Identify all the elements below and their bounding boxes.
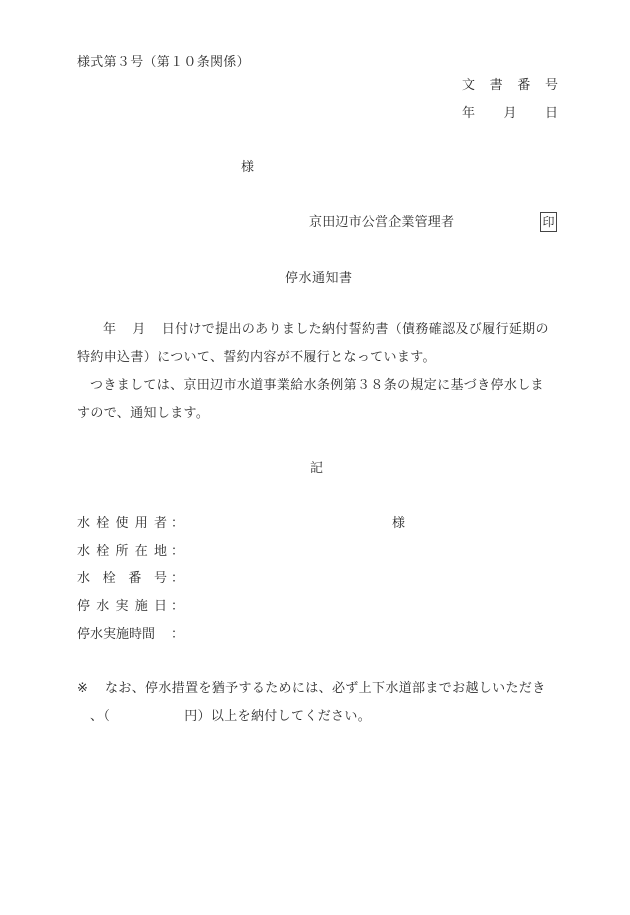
document-number-label: 文 書 番 号 (462, 79, 558, 92)
addressee-suffix: 様 (241, 161, 254, 174)
body-line-2: 特約申込書）について、誓約内容が不履行となっています。 (77, 351, 559, 364)
note-line-1: ※なお、停水措置を猶予するためには、必ず上下水道部までお越しいただき (77, 682, 546, 695)
body-month: 月 (132, 322, 145, 337)
field-colon: ： (171, 517, 184, 530)
note-text-1: なお、停水措置を猶予するためには、必ず上下水道部までお越しいただき (105, 681, 546, 696)
field-label: 水栓番号 (77, 572, 167, 585)
date-month: 月 (503, 107, 516, 120)
note-line-2: 、（円）以上を納付してください。 (77, 710, 371, 723)
doc-number-char: 号 (545, 79, 558, 92)
field-label: 水栓所在地 (77, 545, 167, 558)
field-water-location: 水栓所在地 ： (77, 545, 184, 558)
body-line-1-text: 日付けで提出のありました納付誓約書（債務確認及び履行延期の (162, 322, 549, 337)
document-title: 停水通知書 (285, 272, 353, 285)
field-colon: ： (171, 628, 184, 641)
date-year: 年 (462, 107, 475, 120)
body-line-3: つきましては、京田辺市水道事業給水条例第３８条の規定に基づき停水しま (77, 379, 559, 392)
field-colon: ： (171, 600, 184, 613)
sender-name: 京田辺市公営企業管理者 (309, 216, 454, 229)
field-water-user: 水栓使用者 ： (77, 517, 184, 530)
seal-mark: 印 (540, 212, 557, 232)
ki-heading: 記 (310, 462, 323, 475)
note-text-2-end: 円）以上を納付してください。 (184, 709, 371, 724)
doc-number-char: 文 (462, 79, 475, 92)
date-day: 日 (545, 107, 558, 120)
field-label: 停水実施時間 (77, 628, 167, 641)
date-label: 年 月 日 (462, 107, 558, 120)
note-text-2-start: 、（ (90, 709, 110, 724)
field-water-number: 水栓番号 ： (77, 572, 184, 585)
body-year: 年 (103, 322, 116, 337)
body-line-4: すので、通知します。 (77, 407, 559, 420)
field-stop-date: 停水実施日 ： (77, 600, 184, 613)
field-colon: ： (171, 572, 184, 585)
body-line-3-text: つきましては、京田辺市水道事業給水条例第３８条の規定に基づき停水しま (90, 378, 544, 393)
field-colon: ： (171, 545, 184, 558)
doc-number-char: 番 (517, 79, 530, 92)
form-number: 様式第３号（第１０条関係） (77, 56, 250, 69)
field-label: 停水実施日 (77, 600, 167, 613)
water-user-suffix: 様 (392, 517, 405, 530)
note-mark: ※ (77, 682, 105, 695)
field-stop-time: 停水実施時間 ： (77, 628, 184, 641)
body-line-1: 年月日付けで提出のありました納付誓約書（債務確認及び履行延期の (77, 323, 559, 336)
doc-number-char: 書 (490, 79, 503, 92)
field-label: 水栓使用者 (77, 517, 167, 530)
